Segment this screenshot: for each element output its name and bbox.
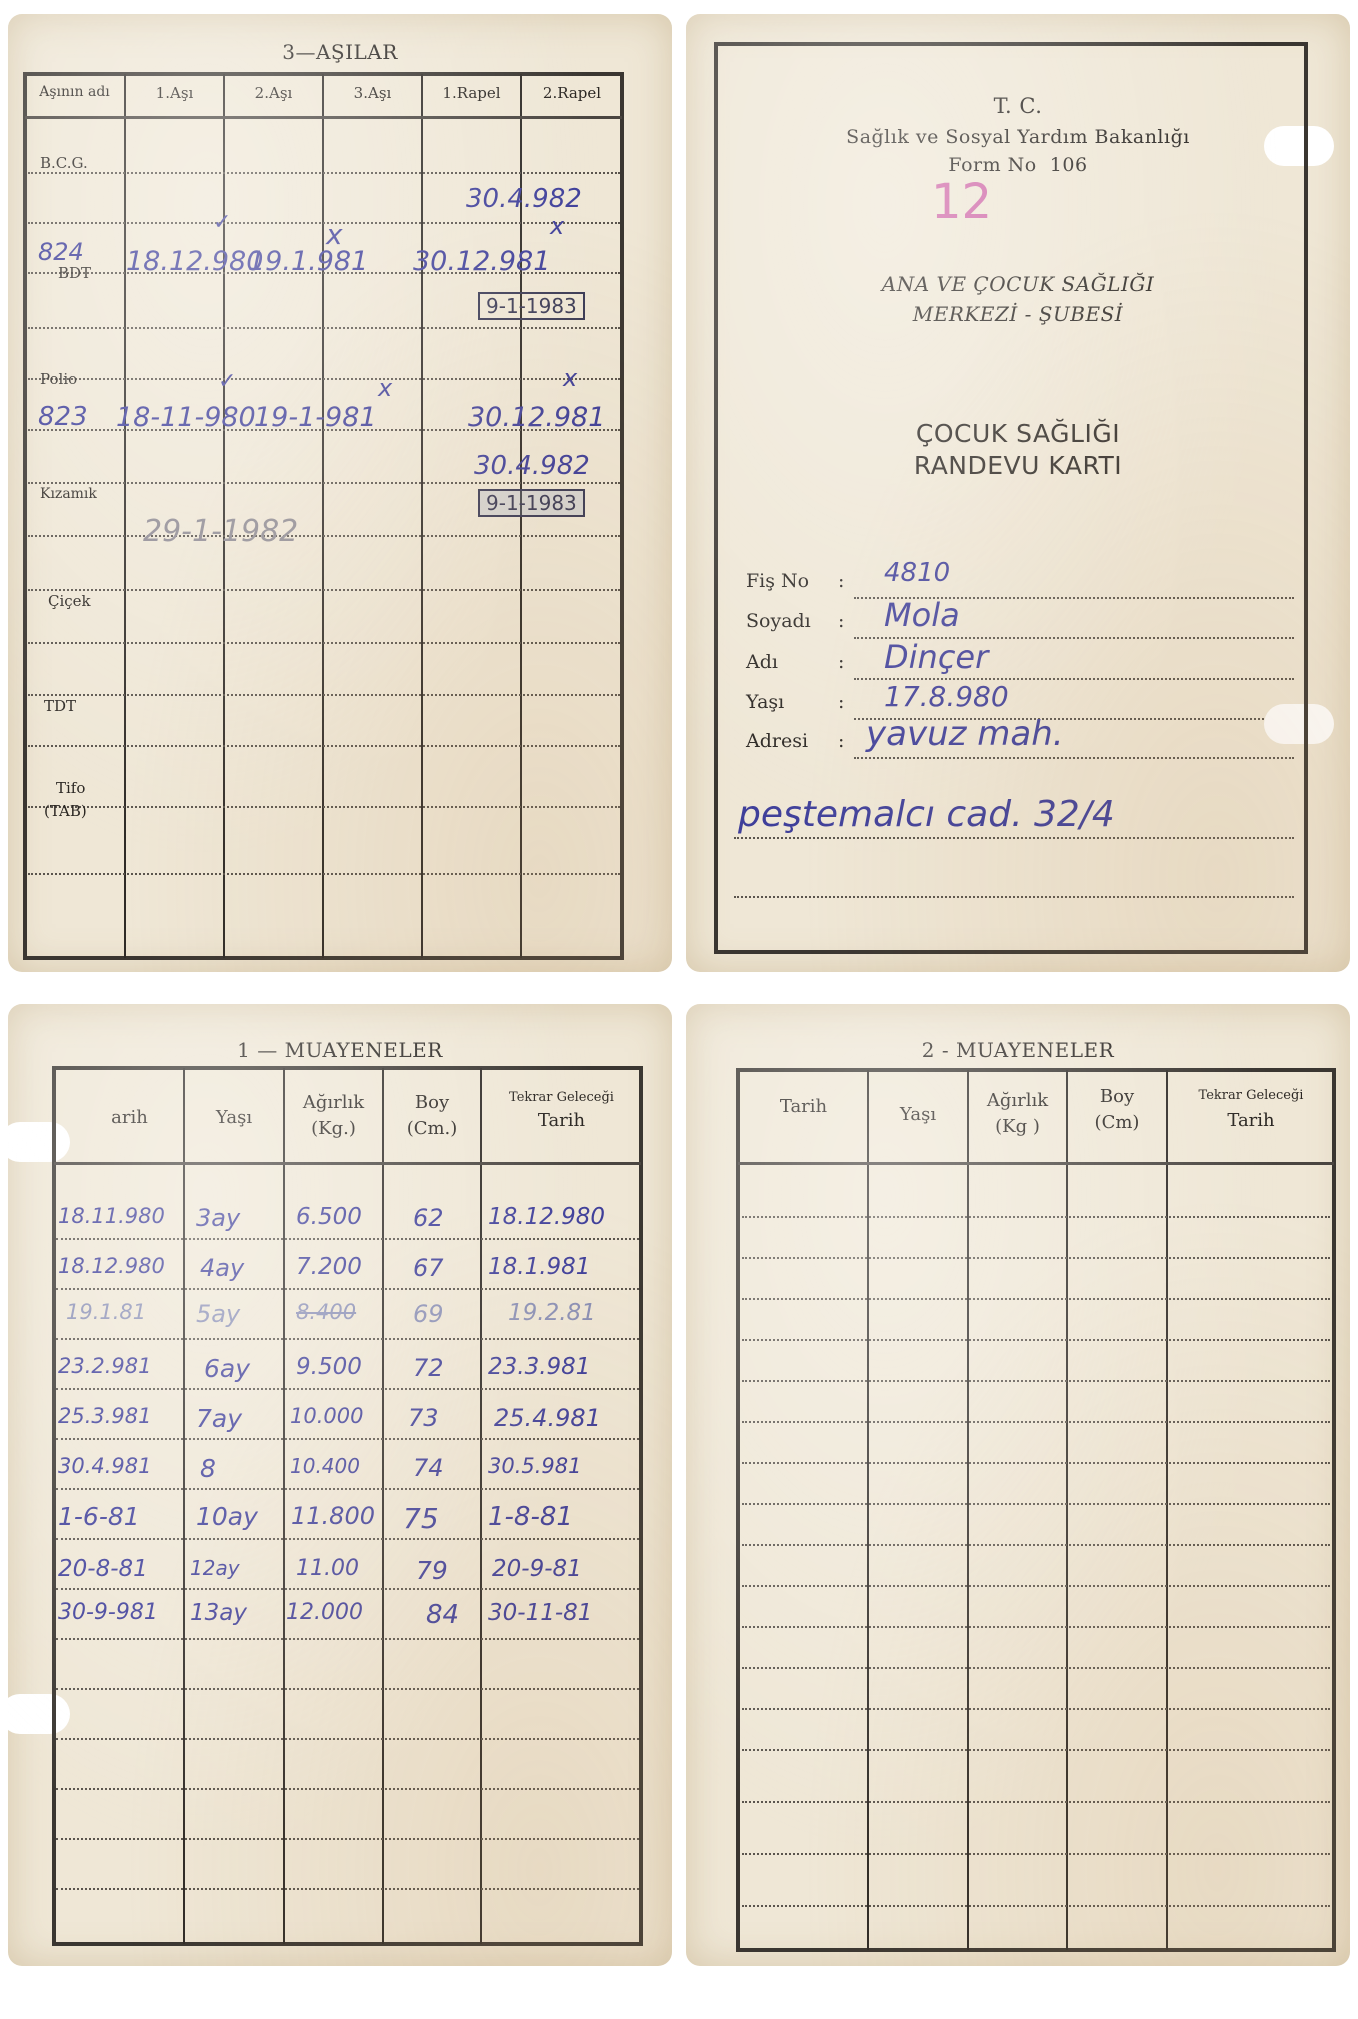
header-age: Yaşı	[185, 1107, 283, 1130]
vaccine-label-tifo: Tifo	[56, 779, 85, 797]
exam-weight: 10.400	[290, 1454, 360, 1478]
column-divider	[480, 1068, 482, 1944]
bdt-stamp: 9-1-1983	[478, 292, 585, 320]
exam-age: 8	[200, 1454, 216, 1483]
bdt-mark-x-2: x	[550, 212, 564, 240]
column-divider	[967, 1070, 969, 1950]
header-height-unit: (Cm)	[1068, 1112, 1166, 1135]
column-divider	[421, 74, 423, 958]
exam-next-visit: 30.5.981	[488, 1454, 582, 1478]
exam-next-visit: 18.1.981	[488, 1254, 590, 1280]
header-age: Yaşı	[869, 1104, 967, 1127]
field-colon: :	[838, 730, 844, 752]
field-value-address-2: peştemalcı cad. 32/4	[738, 794, 1115, 835]
vaccines-title: 3—AŞILAR	[8, 40, 672, 64]
header-date: Tarih	[740, 1096, 867, 1119]
row-line	[56, 1538, 639, 1540]
header-next-visit: Tekrar Geleceği	[482, 1090, 641, 1106]
field-line-address-3	[734, 896, 1294, 898]
column-divider	[382, 1068, 384, 1944]
bdt-mark-x: x	[326, 218, 343, 251]
header-weight-unit: (Kg )	[969, 1116, 1066, 1139]
exam-weight: 6.500	[296, 1204, 362, 1230]
row-line	[28, 694, 620, 696]
field-label-yasi: Yaşı	[746, 691, 784, 713]
row-line	[56, 1788, 639, 1790]
column-divider	[867, 1070, 869, 1950]
row-line	[742, 1298, 1330, 1300]
exams-page-2: 2 - MUAYENELER Tarih Yaşı Ağırlık (Kg ) …	[686, 1004, 1350, 1966]
exam-date: 30-9-981	[58, 1600, 158, 1625]
row-line	[56, 1838, 639, 1840]
header-dose-3: 3.Aşı	[324, 84, 421, 103]
field-value-fis-no: 4810	[884, 558, 950, 588]
polio-note: 823	[38, 402, 88, 432]
header-booster-2: 2.Rapel	[522, 84, 622, 103]
field-line-address-2	[734, 837, 1294, 839]
exam-date: 30.4.981	[58, 1454, 152, 1478]
exam-age: 6ay	[204, 1354, 250, 1383]
cover-tc: T. C.	[686, 94, 1350, 118]
polio-mark-check: ✓	[218, 369, 236, 394]
cover-card-title-1: ÇOCUK SAĞLIĞI	[686, 419, 1350, 448]
cover-page: T. C. Sağlık ve Sosyal Yardım Bakanlığı …	[686, 14, 1350, 972]
bdt-booster-above: 30.4.982	[466, 184, 582, 214]
row-line	[28, 327, 620, 329]
cover-handwritten-number: 12	[931, 174, 992, 230]
column-divider	[124, 74, 126, 958]
row-line	[742, 1585, 1330, 1587]
exam-height: 72	[413, 1354, 444, 1382]
exam-date: 1-6-81	[58, 1502, 140, 1531]
row-line	[28, 172, 620, 174]
column-divider	[1166, 1070, 1168, 1950]
column-divider	[183, 1068, 185, 1944]
header-weight-unit: (Kg.)	[285, 1118, 382, 1141]
row-line	[742, 1667, 1330, 1669]
cover-card-title-2: RANDEVU KARTI	[686, 451, 1350, 480]
field-colon: :	[838, 610, 844, 632]
exam-weight: 11.00	[296, 1556, 359, 1581]
exam-next-visit: 1-8-81	[488, 1502, 573, 1532]
field-label-soyadi: Soyadı	[746, 610, 811, 632]
header-date: arih	[56, 1107, 183, 1130]
row-line	[28, 482, 620, 484]
row-line	[56, 1688, 639, 1690]
vaccine-label-tab: (TAB)	[44, 802, 87, 820]
polio-booster-1: 30.12.981	[468, 402, 605, 433]
exam-next-visit: 23.3.981	[488, 1354, 590, 1380]
exam-next-visit: 18.12.980	[488, 1204, 605, 1230]
polio-booster-below: 30.4.982	[474, 451, 590, 481]
exam-date: 18.11.980	[58, 1204, 165, 1228]
row-line	[742, 1257, 1330, 1259]
cover-ministry: Sağlık ve Sosyal Yardım Bakanlığı	[686, 126, 1350, 148]
row-line	[742, 1339, 1330, 1341]
bdt-dose-1: 18.12.980	[126, 246, 263, 277]
exam-age: 12ay	[190, 1556, 240, 1580]
row-line	[742, 1421, 1330, 1423]
exam-age: 7ay	[196, 1404, 242, 1433]
polio-dose-1: 18-11-980	[116, 402, 256, 433]
header-height: Boy	[1068, 1086, 1166, 1109]
row-line	[28, 222, 620, 224]
polio-stamp: 9-1-1983	[478, 489, 585, 517]
header-rule	[738, 1162, 1334, 1165]
row-line	[742, 1462, 1330, 1464]
row-line	[742, 1626, 1330, 1628]
header-booster-1: 1.Rapel	[423, 84, 520, 103]
vaccine-label-bcg: B.C.G.	[40, 154, 88, 172]
field-label-adresi: Adresi	[746, 730, 808, 752]
exam-age: 5ay	[196, 1300, 240, 1328]
header-weight: Ağırlık	[285, 1092, 382, 1115]
field-value-adresi: yavuz mah.	[866, 714, 1064, 754]
row-line	[56, 1738, 639, 1740]
row-line	[28, 642, 620, 644]
row-line	[56, 1238, 639, 1240]
bdt-dose-2: 19.1.981	[248, 246, 368, 277]
exam-next-visit: 19.2.81	[508, 1300, 596, 1326]
row-line	[56, 1388, 639, 1390]
cover-subtitle-1: ANA VE ÇOCUK SAĞLIĞI	[686, 272, 1350, 296]
exam-age: 3ay	[196, 1204, 240, 1232]
exam-weight: 10.000	[290, 1404, 363, 1428]
bdt-mark-check: ✓	[213, 210, 231, 235]
row-line	[56, 1638, 639, 1640]
exams-2-title: 2 - MUAYENELER	[686, 1038, 1350, 1062]
exam-height: 73	[408, 1404, 439, 1432]
exam-weight: 9.500	[296, 1354, 362, 1380]
field-colon: :	[838, 570, 844, 592]
exam-weight: 12.000	[286, 1600, 363, 1625]
row-line	[56, 1888, 639, 1890]
row-line	[742, 1380, 1330, 1382]
vaccine-label-bdt: BDT	[58, 264, 91, 282]
row-line	[56, 1288, 639, 1290]
field-colon: :	[838, 691, 844, 713]
row-line	[28, 378, 620, 380]
vaccine-label-tdt: TDT	[44, 697, 76, 715]
row-line	[742, 1503, 1330, 1505]
row-line	[742, 1905, 1330, 1907]
polio-mark-x: x	[378, 374, 392, 402]
field-line-adresi	[854, 757, 1294, 759]
field-colon: :	[838, 651, 844, 673]
exam-date: 20-8-81	[58, 1556, 148, 1582]
row-line	[28, 589, 620, 591]
column-divider	[322, 74, 324, 958]
exams-2-table	[736, 1068, 1336, 1952]
header-height: Boy	[384, 1092, 480, 1115]
field-label-adi: Adı	[746, 651, 778, 673]
exam-next-visit: 30-11-81	[488, 1600, 592, 1626]
header-rule	[54, 1162, 641, 1165]
row-line	[56, 1438, 639, 1440]
exam-age: 4ay	[200, 1254, 244, 1282]
exam-date: 25.3.981	[58, 1404, 152, 1428]
row-line	[742, 1544, 1330, 1546]
row-line	[28, 806, 620, 808]
vaccine-label-kizamik: Kızamık	[40, 486, 97, 502]
exam-weight: 11.800	[291, 1502, 375, 1530]
row-line	[742, 1708, 1330, 1710]
exam-age: 10ay	[196, 1502, 258, 1531]
row-line	[742, 1853, 1330, 1855]
row-line	[28, 745, 620, 747]
exam-date: 23.2.981	[58, 1354, 152, 1378]
header-vaccine-name: Aşının adı	[25, 84, 124, 102]
exam-height: 75	[403, 1502, 439, 1535]
exam-age: 13ay	[190, 1600, 247, 1626]
exam-next-visit: 25.4.981	[494, 1404, 601, 1432]
field-value-yasi: 17.8.980	[884, 680, 1009, 713]
exams-page-1: 1 — MUAYENELER arih Yaşı Ağırlık (Kg.) B…	[8, 1004, 672, 1966]
row-line	[742, 1801, 1330, 1803]
header-dose-1: 1.Aşı	[126, 84, 223, 103]
exam-height: 69	[413, 1300, 444, 1328]
exam-height: 67	[413, 1254, 444, 1282]
exams-1-title: 1 — MUAYENELER	[8, 1038, 672, 1062]
field-label-fis-no: Fiş No	[746, 570, 809, 592]
row-line	[56, 1338, 639, 1340]
cover-subtitle-2: MERKEZİ - ŞUBESİ	[686, 302, 1350, 326]
header-next-visit-date: Tarih	[1168, 1110, 1334, 1133]
header-next-visit: Tekrar Geleceği	[1168, 1088, 1334, 1104]
header-weight: Ağırlık	[969, 1090, 1066, 1113]
cover-form-no: Form No 106	[686, 154, 1350, 176]
exam-height: 74	[413, 1454, 444, 1482]
exam-date: 19.1.81	[66, 1300, 146, 1324]
row-line	[742, 1216, 1330, 1218]
exam-next-visit: 20-9-81	[492, 1556, 582, 1582]
field-value-adi: Dinçer	[884, 638, 988, 676]
header-next-visit-date: Tarih	[482, 1110, 641, 1133]
header-rule	[25, 116, 622, 119]
row-line	[742, 1749, 1330, 1751]
vaccines-page: 3—AŞILAR Aşının adı 1.Aşı 2.Aşı 3.Aşı 1.…	[8, 14, 672, 972]
row-line	[56, 1488, 639, 1490]
field-value-soyadi: Mola	[884, 596, 960, 634]
row-line	[56, 1588, 639, 1590]
bdt-note: 824	[38, 238, 84, 266]
polio-mark-x-2: x	[563, 364, 577, 392]
exam-height: 62	[413, 1204, 444, 1232]
polio-dose-2: 19-1-981	[254, 402, 377, 433]
exam-date: 18.12.980	[58, 1254, 165, 1278]
column-divider	[283, 1068, 285, 1944]
bdt-booster-1: 30.12.981	[413, 246, 550, 277]
vaccine-label-polio: Polio	[40, 370, 77, 388]
kizamik-date: 29-1-1982	[143, 514, 298, 549]
column-divider	[1066, 1070, 1068, 1950]
header-dose-2: 2.Aşı	[225, 84, 322, 103]
exam-weight: 8.400	[296, 1300, 356, 1324]
header-height-unit: (Cm.)	[384, 1118, 480, 1141]
exam-weight: 7.200	[296, 1254, 362, 1280]
exam-height: 79	[416, 1556, 448, 1585]
exam-height: 84	[426, 1600, 459, 1630]
vaccine-label-cicek: Çiçek	[48, 592, 91, 610]
row-line	[28, 535, 620, 537]
row-line	[28, 873, 620, 875]
